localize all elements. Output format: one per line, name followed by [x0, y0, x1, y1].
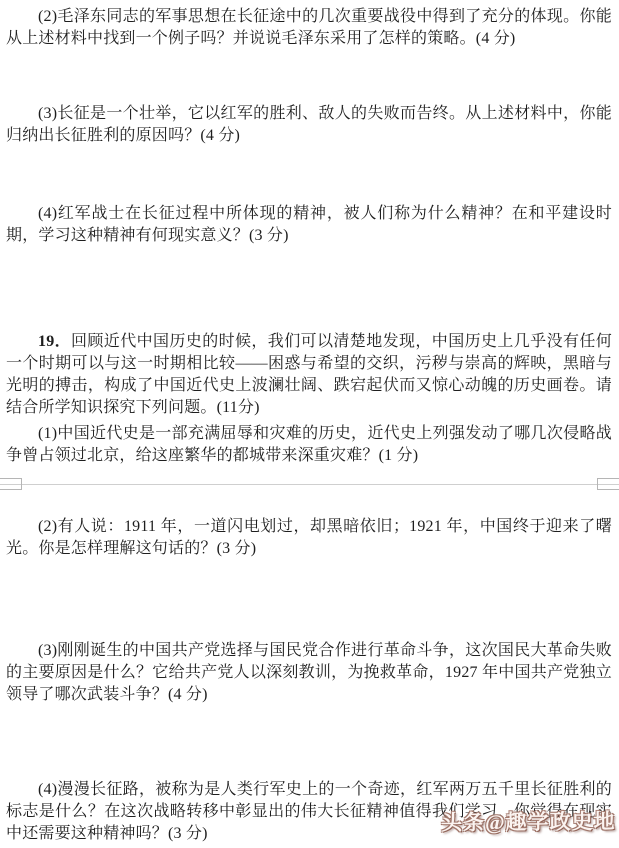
question-19-intro: 19．回顾近代中国历史的时候，我们可以清楚地发现，中国历史上几乎没有任何一个时期…: [6, 331, 612, 419]
page-margin-mark-left: [0, 478, 22, 490]
question-18-part-4: (4)红军战士在长征过程中所体现的精神，被人们称为什么精神？在和平建设时期，学习…: [6, 203, 612, 247]
question-18-part-2: (2)毛泽东同志的军事思想在长征途中的几次重要战役中得到了充分的体现。你能从上述…: [6, 6, 612, 50]
page-margin-mark-right: [597, 478, 619, 490]
exam-document-page: (2)毛泽东同志的军事思想在长征途中的几次重要战役中得到了充分的体现。你能从上述…: [0, 0, 619, 848]
page-break-divider: [0, 484, 619, 485]
question-19-intro-text: 回顾近代中国历史的时候，我们可以清楚地发现，中国历史上几乎没有任何一个时期可以与…: [6, 333, 612, 416]
question-18-part-3: (3)长征是一个壮举，它以红军的胜利、敌人的失败而告终。从上述材料中，你能归纳出…: [6, 103, 612, 147]
question-19-part-3: (3)刚刚诞生的中国共产党选择与国民党合作进行革命斗争，这次国民大革命失败的主要…: [6, 640, 612, 706]
question-19-part-2: (2)有人说：1911 年，一道闪电划过，却黑暗依旧；1921 年，中国终于迎来…: [6, 516, 612, 560]
question-19-number: 19．: [38, 333, 71, 350]
toutiao-watermark: 头条@趣学政史地: [441, 805, 616, 837]
question-19-part-1: (1)中国近代史是一部充满屈辱和灾难的历史，近代史上列强发动了哪几次侵略战争曾占…: [6, 423, 612, 467]
